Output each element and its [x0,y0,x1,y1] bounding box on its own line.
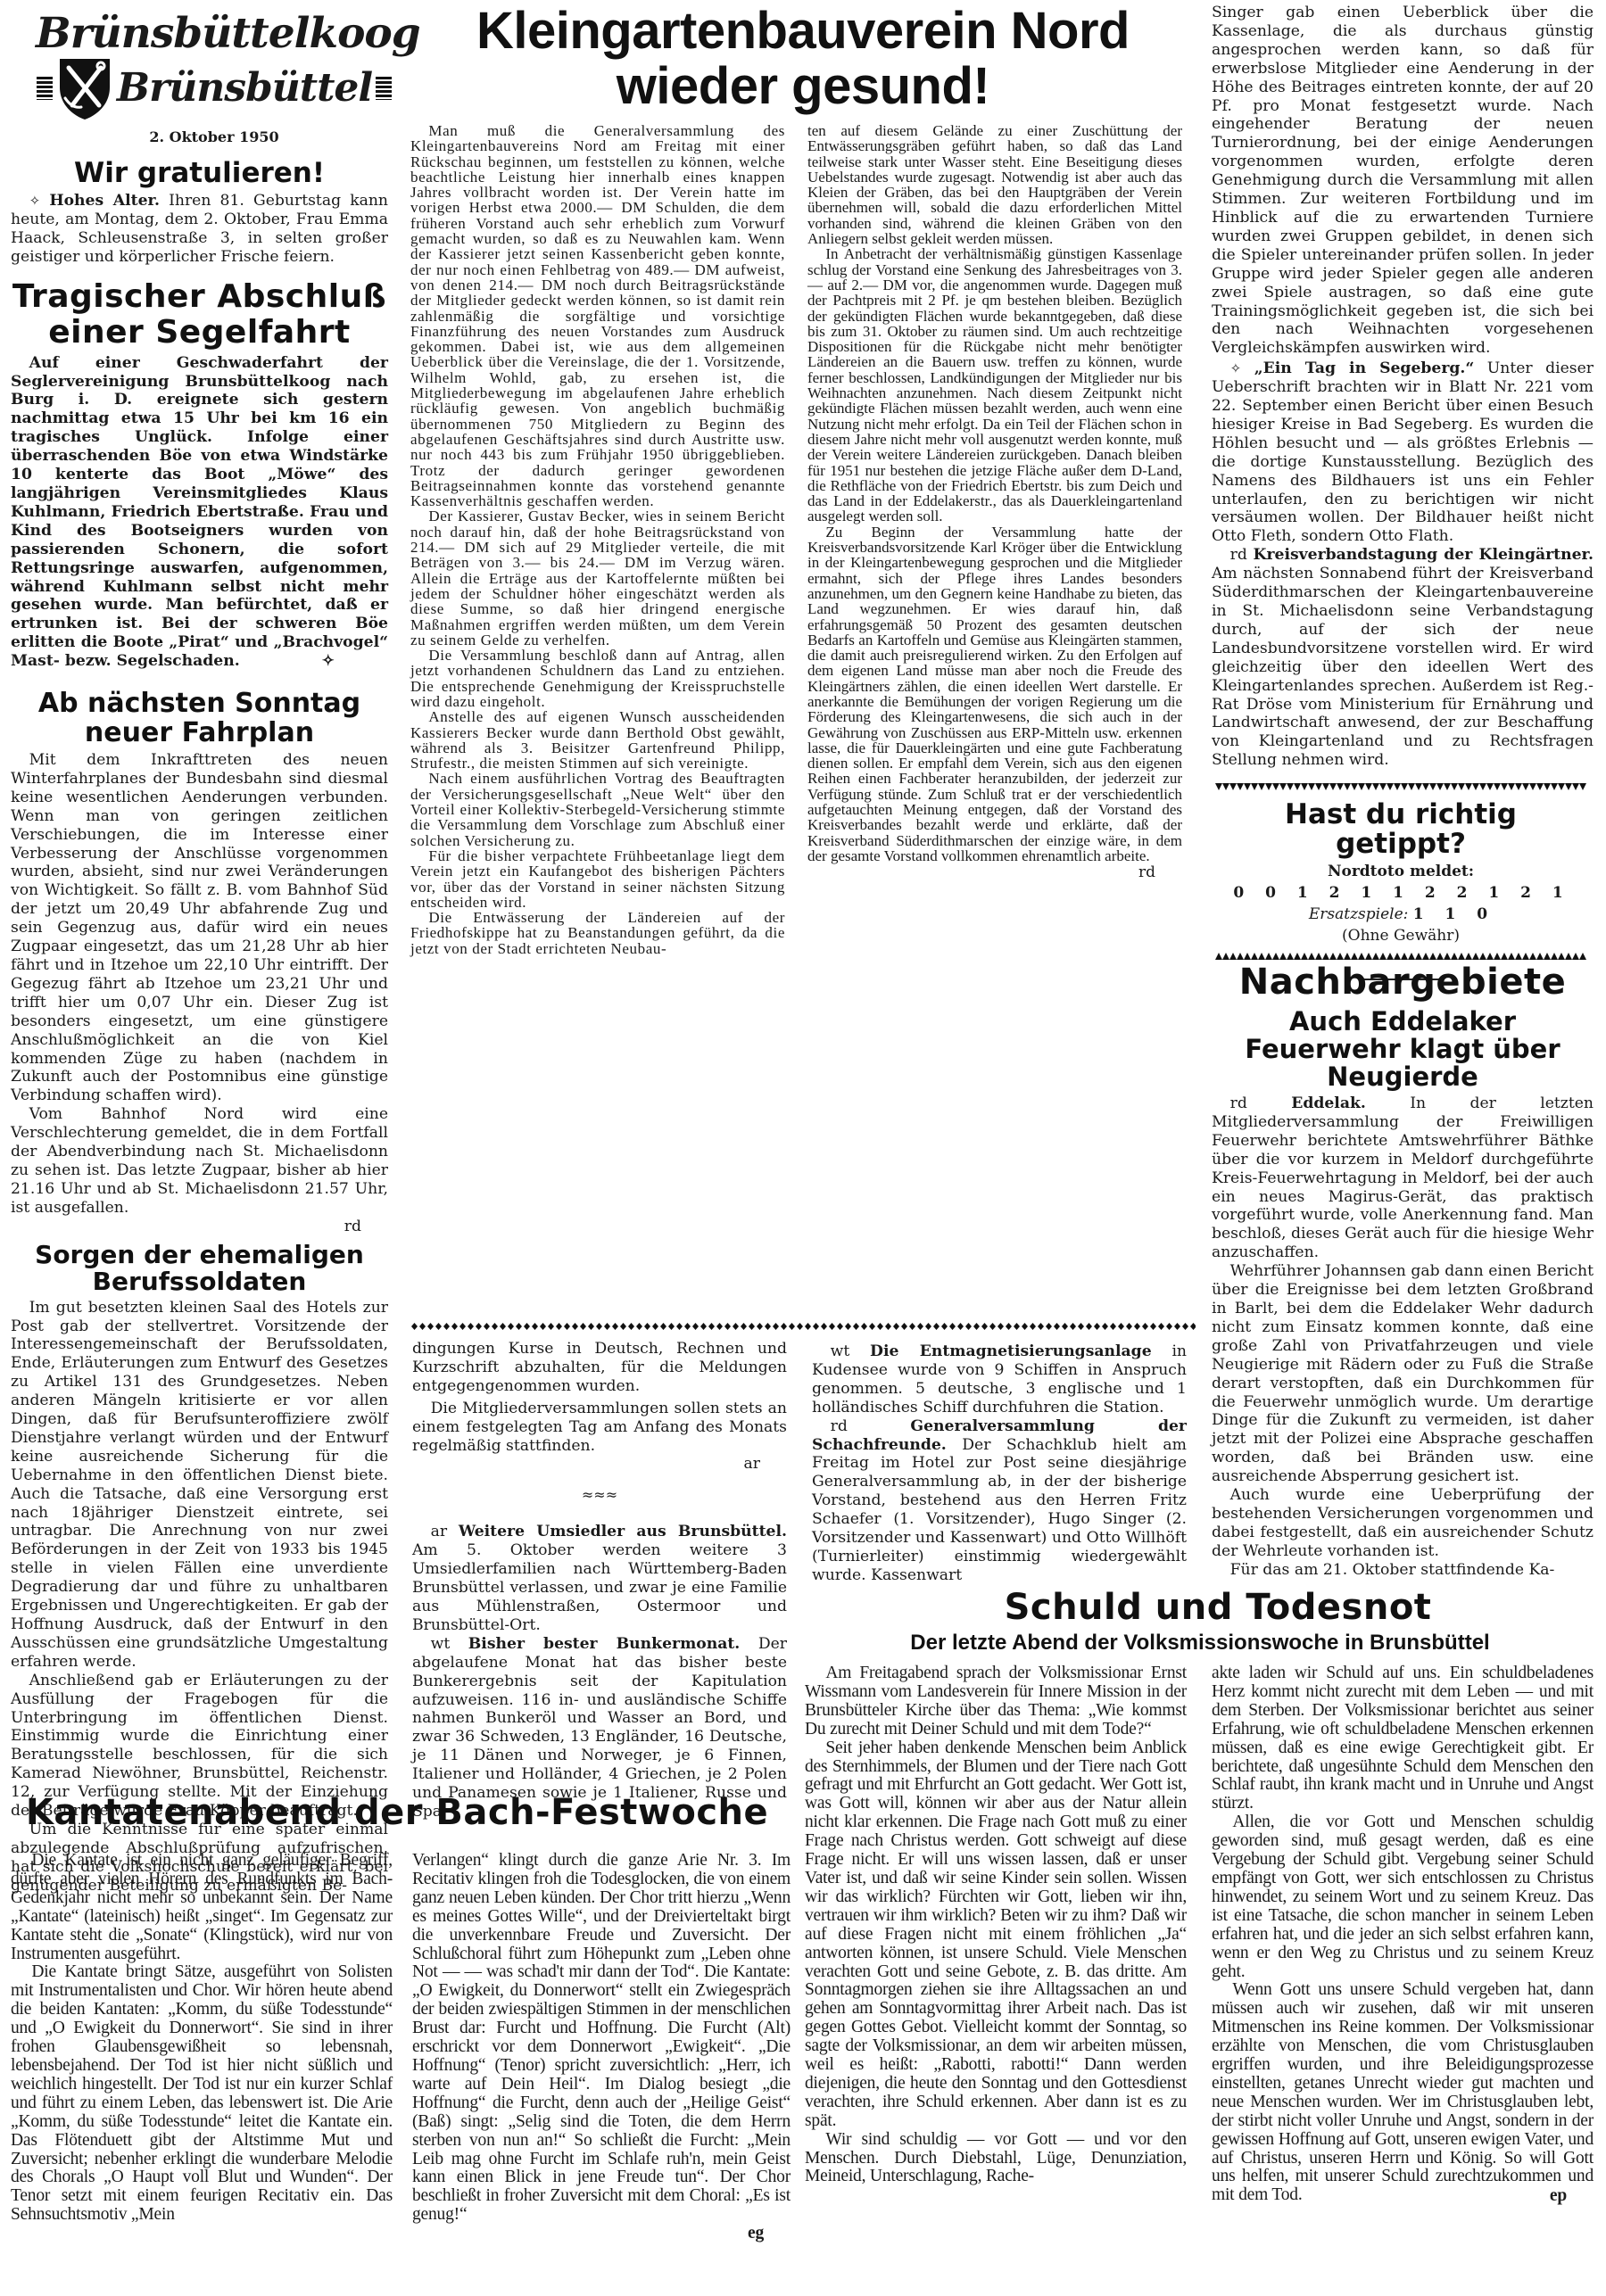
entmag-lead: Die Entmagnetisierungsanlage [870,1342,1152,1360]
kleingarten-paragraph: Die Entwässerung der Ländereien auf der … [410,910,785,956]
toto-subtitle: Nordtoto meldet: [1215,863,1586,880]
toto-ersatz: Ersatzspiele: 1 1 0 [1215,905,1586,923]
mitglieder-signature: ar [412,1455,787,1474]
schuld-column-b: akte laden wir Schuld auf uns. Ein schul… [1212,1664,1594,2206]
eddelak-prefix: rd [1230,1094,1247,1112]
triangle-border-top [1215,782,1586,791]
segelfahrt-text: Auf einer Geschwaderfahrt der Seglervere… [11,354,388,671]
fahrplan-heading: Ab nächsten Sonntag neuer Fahrplan [11,689,388,747]
anchor-and-spade-shield-icon [56,55,113,121]
segeberg-lead: „Ein Tag in Segeberg.“ [1254,359,1475,377]
lower-middle-column-b: wt Die Entmagnetisierungsanlage in Kuden… [812,1342,1187,1585]
wave-ornament: ≈≈≈ [412,1486,787,1503]
star-icon: ✧ [303,652,335,671]
kantate-paragraph: Die Kantate ist ein nicht ganz geläufige… [11,1852,393,1963]
gratulieren-heading: Wir gratulieren! [11,159,388,188]
schuld-paragraph: Wenn Gott uns unsere Schuld vergeben hat… [1212,1981,1594,2205]
toto-ersatz-label: Ersatzspiele: [1309,905,1409,923]
kreisverband-lead: Kreisverbandstagung der Kleingärtner. [1254,546,1594,564]
kleingarten-signature: rd [807,863,1182,881]
schuld-heading: Schuld und Todesnot [794,1588,1606,1627]
banner-left-decoration [37,77,53,100]
toto-ersatz-values: 1 1 0 [1413,905,1493,923]
fahrplan-paragraph: Mit dem Inkrafttreten des neuen Winterfa… [11,751,388,1105]
kantate-heading: Kantatenabend der Bach-Festwoche [0,1793,794,1832]
entmagnetisierung-article: wt Die Entmagnetisierungsanlage in Kuden… [812,1342,1187,1417]
star-icon: ✧ [29,193,41,209]
kreisverband-text: Am nächsten Sonnabend führt der Kreisver… [1212,565,1594,769]
eddelak-text: In der letzten Mitgliederversammlung der… [1212,1094,1594,1261]
umsiedler-lead: Weitere Umsiedler aus Brunsbüttel. [459,1523,787,1540]
kantate-paragraph: Verlangen“ klingt durch die ganze Arie N… [412,1852,791,2225]
toto-results: 0 0 1 2 1 1 2 2 1 2 1 [1215,884,1586,902]
schuld-paragraph: akte laden wir Schuld auf uns. Ein schul… [1212,1664,1594,1813]
umsiedler-text: Am 5. Oktober werden weitere 3 Umsiedler… [412,1541,787,1634]
triangle-border-bottom [1215,952,1586,961]
kantate-column-a: Die Kantate ist ein nicht ganz geläufige… [11,1852,393,2225]
kleingarten-column-b: ten auf diesem Gelände zu einer Zuschütt… [807,123,1182,881]
masthead: Brünsbüttelkoog Brünsbüttel 2. Oktober 1… [36,11,393,145]
schach-text: Der Schachklub hielt am Freitag im Hotel… [812,1436,1187,1584]
schuld-paragraph: Seit jeher haben denkende Menschen beim … [805,1739,1187,2131]
kantate-signature: eg [412,2225,791,2243]
kreisverband-prefix: rd [1230,546,1247,564]
segelfahrt-article: Auf einer Geschwaderfahrt der Seglervere… [11,354,388,671]
berufssoldaten-heading: Sorgen der ehemaligen Berufssoldaten [11,1242,388,1295]
kleingarten-paragraph: Nach einem ausführlichen Vortrag des Bea… [410,771,785,847]
kantate-column-b: Verlangen“ klingt durch die ganze Arie N… [412,1852,791,2243]
issue-date: 2. Oktober 1950 [36,128,393,145]
kreisverband-article: rd Kreisverbandstagung der Kleingärtner.… [1212,546,1594,770]
kleingarten-paragraph: Zu Beginn der Versammlung hatte der Krei… [807,524,1182,864]
schuld-column-a: Am Freitagabend sprach der Volksmissiona… [805,1664,1187,2186]
eddelak-paragraph: Für das am 21. Oktober stattfindende Ka- [1212,1561,1594,1580]
toto-disclaimer: (Ohne Gewähr) [1215,927,1586,945]
column-4: Singer gab einen Ueberblick über die Kas… [1212,4,1594,770]
gratulieren-article: ✧ Hohes Alter. Ihren 81. Geburtstag kann… [11,192,388,267]
schuld-paragraph: Wir sind schuldig — vor Gott — und vor d… [805,2131,1187,2187]
berufssoldaten-paragraph: Im gut besetzten kleinen Saal des Hotels… [11,1299,388,1672]
kleingarten-paragraph: Für die bisher verpachtete Frühbeetanlag… [410,848,785,910]
segeberg-text: Unter dieser Ueberschrift brachten wir i… [1212,359,1594,545]
eddelak-heading: Auch Eddelaker Feuerwehr klagt über Neug… [1212,1008,1594,1091]
kleingarten-paragraph: Die Versammlung beschloß dann auf Antrag… [410,648,785,709]
kleingarten-title-line1: Kleingartenbauverein Nord [401,4,1204,59]
entmag-prefix: wt [831,1342,850,1360]
segeberg-article: ✧ „Ein Tag in Segeberg.“ Unter dieser Ue… [1212,359,1594,546]
bunker-lead: Bisher bester Bunkermonat. [468,1635,741,1653]
bunker-prefix: wt [431,1635,451,1653]
star-icon: ✧ [1230,360,1242,376]
kleingarten-paragraph: Anstelle des auf eigenen Wunsch ausschei… [410,709,785,771]
segelfahrt-heading: Tragischer Abschluß einer Segelfahrt [11,279,388,351]
kleingarten-paragraph: Der Kassierer, Gustav Becker, wies in se… [410,508,785,648]
nachbargebiete-section: Nachbargebiete Auch Eddelaker Feuerwehr … [1212,963,1594,1580]
schuld-subheading: Der letzte Abend der Volksmissionswoche … [794,1631,1606,1656]
schach-continued: Singer gab einen Ueberblick über die Kas… [1212,4,1594,358]
toto-box: Hast du richtig getippt? Nordtoto meldet… [1215,778,1586,980]
fahrplan-signature: rd [11,1218,388,1236]
column-1: Wir gratulieren! ✧ Hohes Alter. Ihren 81… [11,159,388,1895]
kleingarten-title-line2: wieder gesund! [401,59,1204,114]
umsiedler-prefix: ar [431,1523,447,1540]
toto-heading: Hast du richtig getippt? [1215,800,1586,859]
masthead-title-line1: Brünsbüttelkoog [36,11,393,57]
kleingarten-paragraph: Man muß die Generalversammlung des Klein… [410,123,785,508]
eddelak-lead: Eddelak. [1291,1094,1366,1112]
eddelak-paragraph: Wehrführer Johannsen gab dann einen Beri… [1212,1262,1594,1486]
masthead-title-line2: Brünsbüttel [117,67,372,110]
kantate-section: Kantatenabend der Bach-Festwoche [0,1793,794,1832]
eddelak-paragraph: rd Eddelak. In der letzten Mitgliederver… [1212,1094,1594,1262]
mitglieder-paragraph: Die Mitgliederversammlungen sollen stets… [412,1400,787,1456]
kantate-paragraph: Die Kantate bringt Sätze, ausgeführt von… [11,1963,393,2225]
schuld-section: Schuld und Todesnot Der letzte Abend der… [794,1588,1606,1656]
eddelak-paragraph: Auch wurde eine Ueberprüfung der bestehe… [1212,1486,1594,1561]
kleingarten-column-a: Man muß die Generalversammlung des Klein… [410,123,785,956]
schachfreunde-article: rd Generalversammlung der Schachfreunde.… [812,1417,1187,1585]
banner-right-decoration [376,77,392,100]
gratulieren-lead: Hohes Alter. [49,192,160,210]
kleingarten-paragraph: In Anbetracht der verhältnismäßig günsti… [807,246,1182,524]
fahrplan-paragraph: Vom Bahnhof Nord wird eine Verschlechter… [11,1105,388,1217]
kleingarten-headline: Kleingartenbauverein Nord wieder gesund! [401,4,1204,114]
umsiedler-article: ar Weitere Umsiedler aus Brunsbüttel. Am… [412,1523,787,1634]
schach-prefix: rd [831,1417,848,1435]
lower-middle-column-a: dingungen Kurse in Deutsch, Rechnen und … [412,1340,787,1821]
kleingarten-paragraph: ten auf diesem Gelände zu einer Zuschütt… [807,123,1182,246]
schuld-paragraph: Allen, die vor Gott und Menschen schuldi… [1212,1813,1594,1981]
berufssoldaten-continued: dingungen Kurse in Deutsch, Rechnen und … [412,1340,787,1396]
diamond-rule-divider [410,1322,1196,1331]
nachbargebiete-heading: Nachbargebiete [1212,963,1594,1001]
schuld-paragraph: Am Freitagabend sprach der Volksmissiona… [805,1664,1187,1739]
